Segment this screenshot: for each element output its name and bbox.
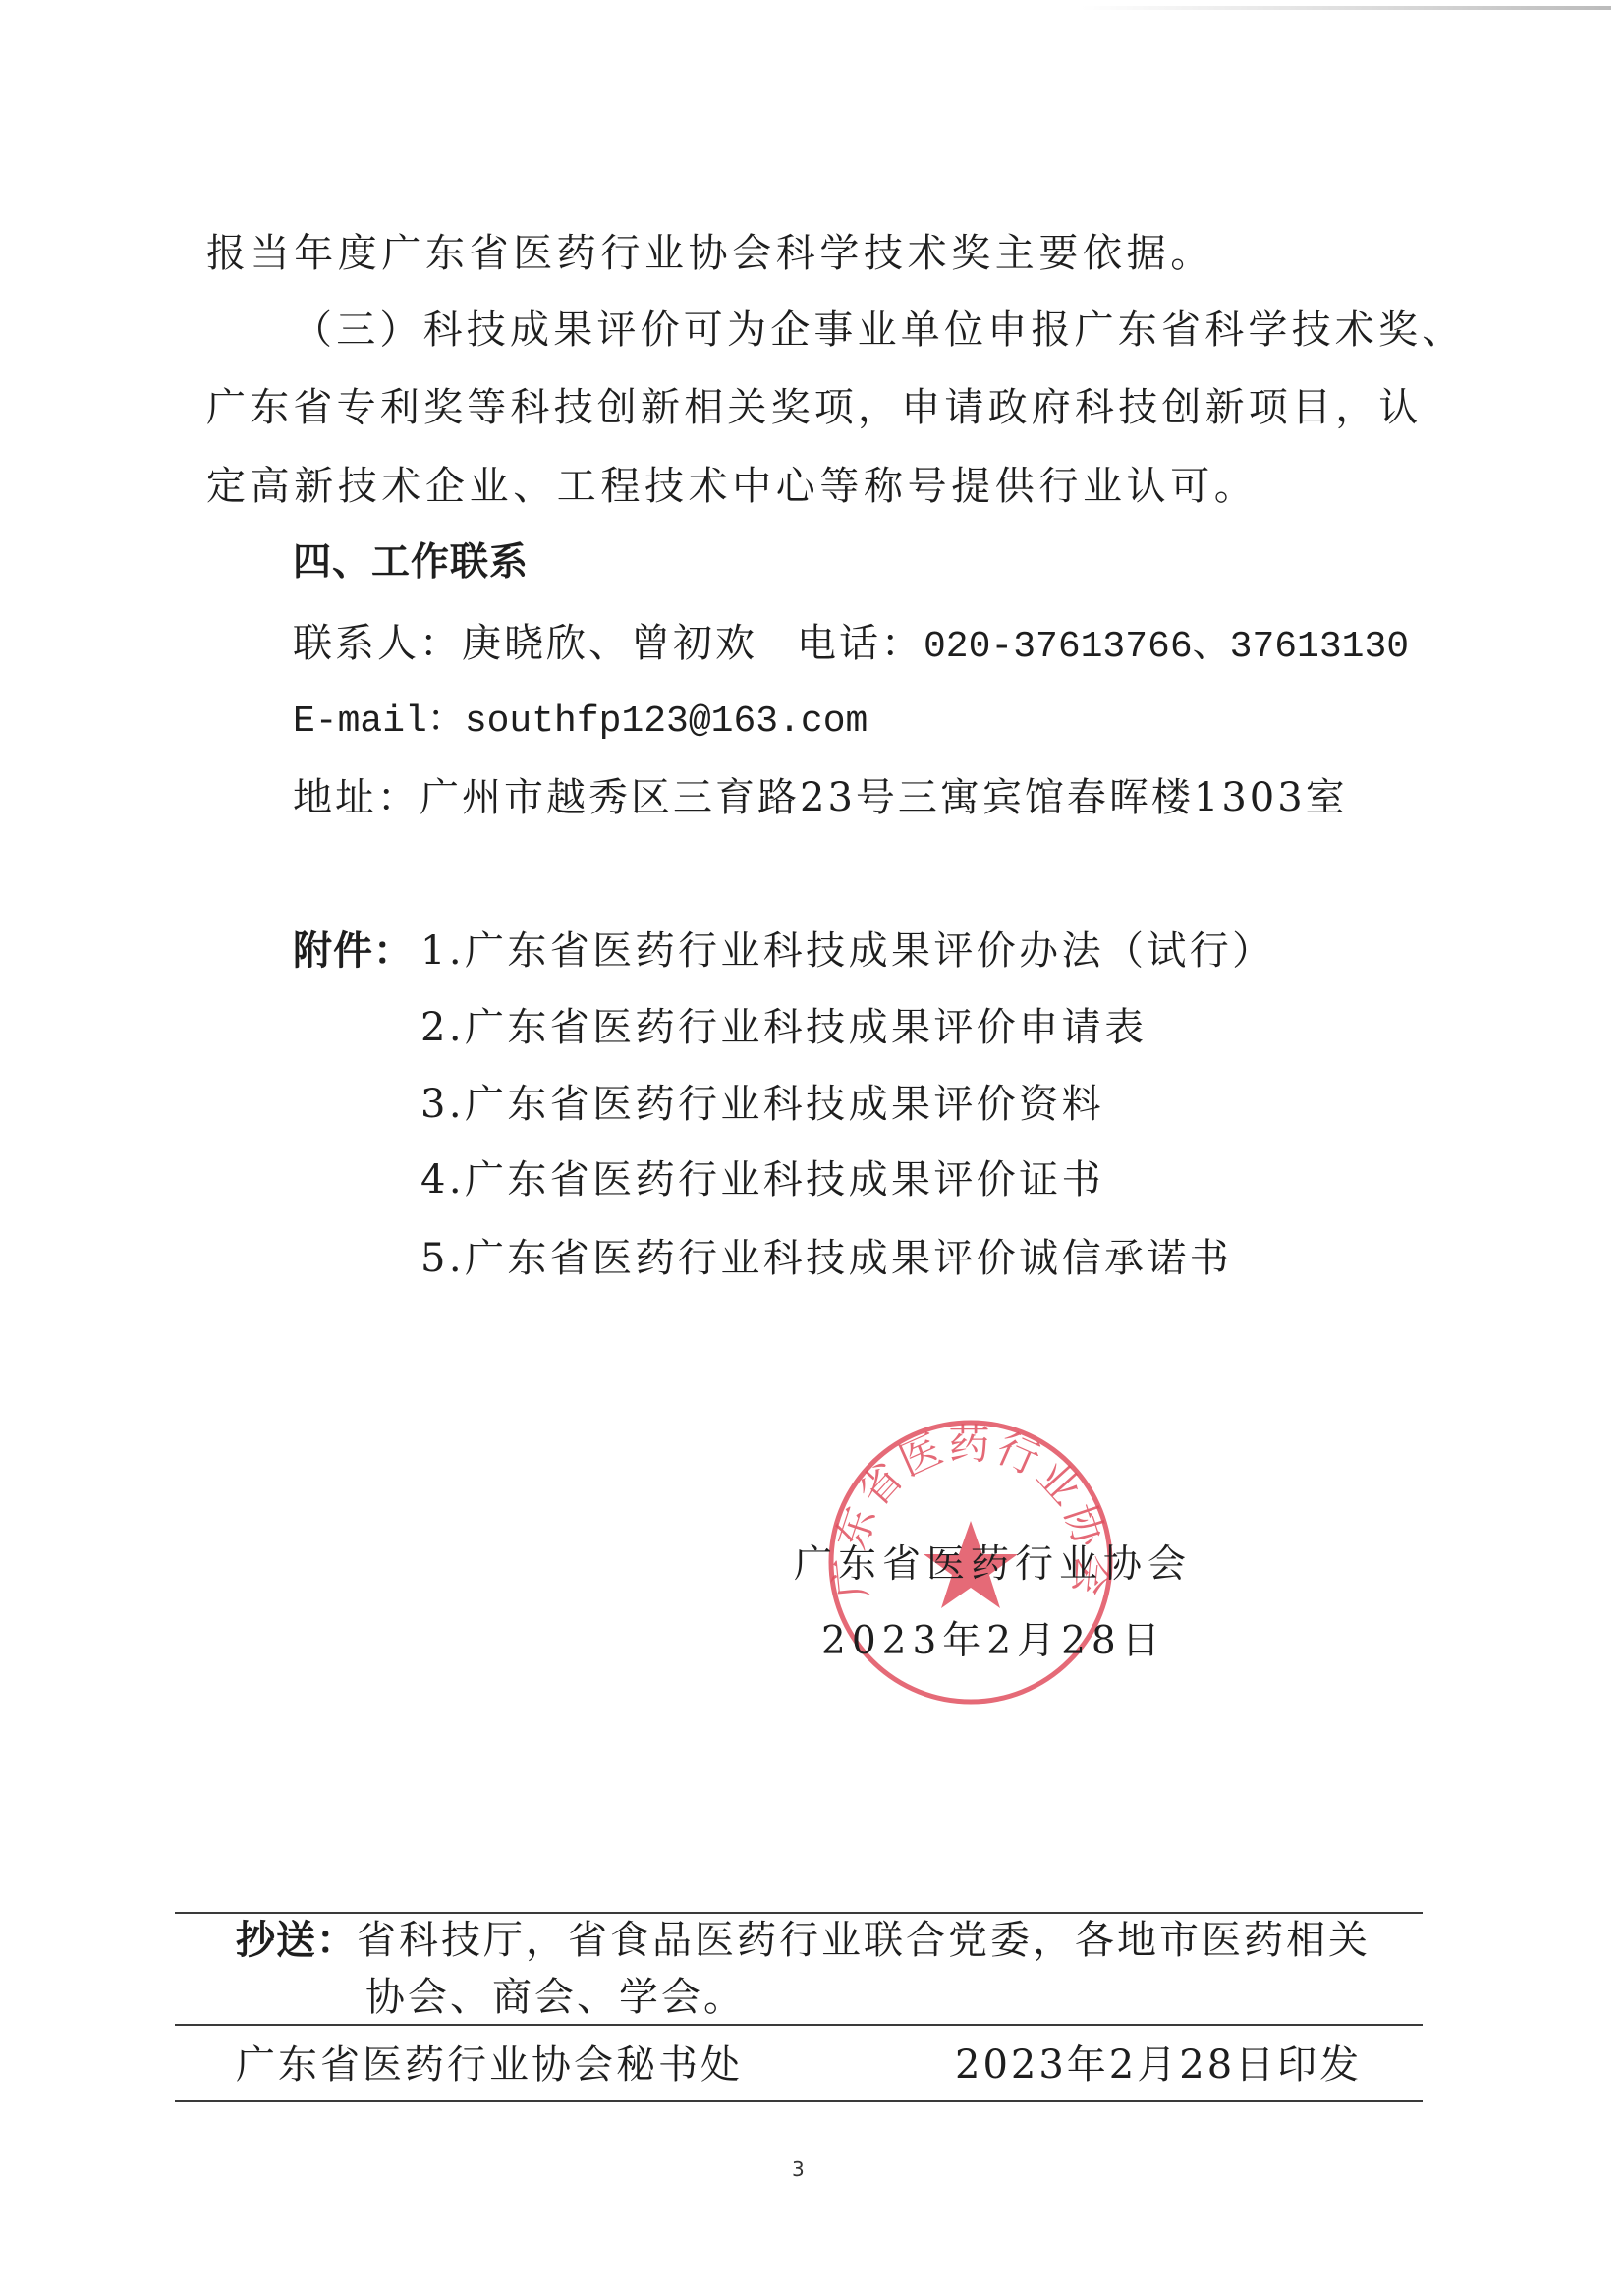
paragraph-line: 报当年度广东省医药行业协会科学技术奖主要依据。: [206, 229, 1214, 278]
contact-phone: 020-37613766、37613130: [924, 626, 1409, 668]
paragraph-line: （三）科技成果评价可为企事业单位申报广东省科学技术奖、: [293, 306, 1465, 355]
contact-persons: 庚晓欣、曾初欢: [462, 621, 757, 666]
paragraph-line: 定高新技术企业、工程技术中心等称号提供行业认可。: [206, 462, 1258, 511]
footer-rule-middle: [175, 2024, 1423, 2026]
contact-person-label: 联系人：: [293, 621, 462, 666]
contact-phone-label: 电话：: [797, 621, 924, 666]
attachment-item: 5.广东省医药行业科技成果评价诚信承诺书: [420, 1234, 1232, 1283]
contact-email-line: E-mail：southfp123@163.com: [293, 694, 868, 747]
cc-label: 抄送：: [236, 1918, 357, 1963]
cc-line: 抄送：省科技厅，省食品医药行业联合党委，各地市医药相关: [236, 1916, 1371, 1965]
contact-address-label: 地址：: [293, 775, 420, 820]
attachment-item: 4.广东省医药行业科技成果评价证书: [420, 1155, 1104, 1204]
contact-email[interactable]: southfp123@163.com: [465, 700, 868, 743]
scan-artifact: [1081, 6, 1611, 10]
contact-address: 广州市越秀区三育路23号三寓宾馆春晖楼1303室: [420, 775, 1348, 820]
cc-recipients-line1: 省科技厅，省食品医药行业联合党委，各地市医药相关: [357, 1918, 1371, 1963]
section-heading: 四、工作联系: [293, 538, 529, 588]
paragraph-line: 广东省专利奖等科技创新相关奖项，申请政府科技创新项目，认: [206, 383, 1423, 432]
signature-organization: 广东省医药行业协会: [794, 1540, 1192, 1590]
issuer: 广东省医药行业协会秘书处: [236, 2041, 743, 2090]
contact-person-line: 联系人：庚晓欣、曾初欢电话：020-37613766、37613130: [293, 619, 1409, 672]
cc-recipients-line2: 协会、商会、学会。: [365, 1973, 746, 2022]
page-number: 3: [792, 2157, 805, 2181]
footer-rule-bottom: [175, 2100, 1423, 2102]
attachment-item: 2.广东省医药行业科技成果评价申请表: [420, 1003, 1147, 1052]
attachment-item: 3.广东省医药行业科技成果评价资料: [420, 1080, 1104, 1129]
contact-address-line: 地址：广州市越秀区三育路23号三寓宾馆春晖楼1303室: [293, 773, 1348, 822]
signature-date: 2023年2月28日: [821, 1617, 1166, 1666]
document-page: 报当年度广东省医药行业协会科学技术奖主要依据。 （三）科技成果评价可为企事业单位…: [0, 0, 1624, 2295]
footer-rule-top: [175, 1912, 1423, 1914]
attachments-label: 附件：: [293, 926, 414, 976]
contact-email-label: E-mail：: [293, 700, 465, 743]
attachment-item: 1.广东省医药行业科技成果评价办法（试行）: [420, 926, 1275, 976]
issue-date: 2023年2月28日印发: [955, 2041, 1362, 2090]
